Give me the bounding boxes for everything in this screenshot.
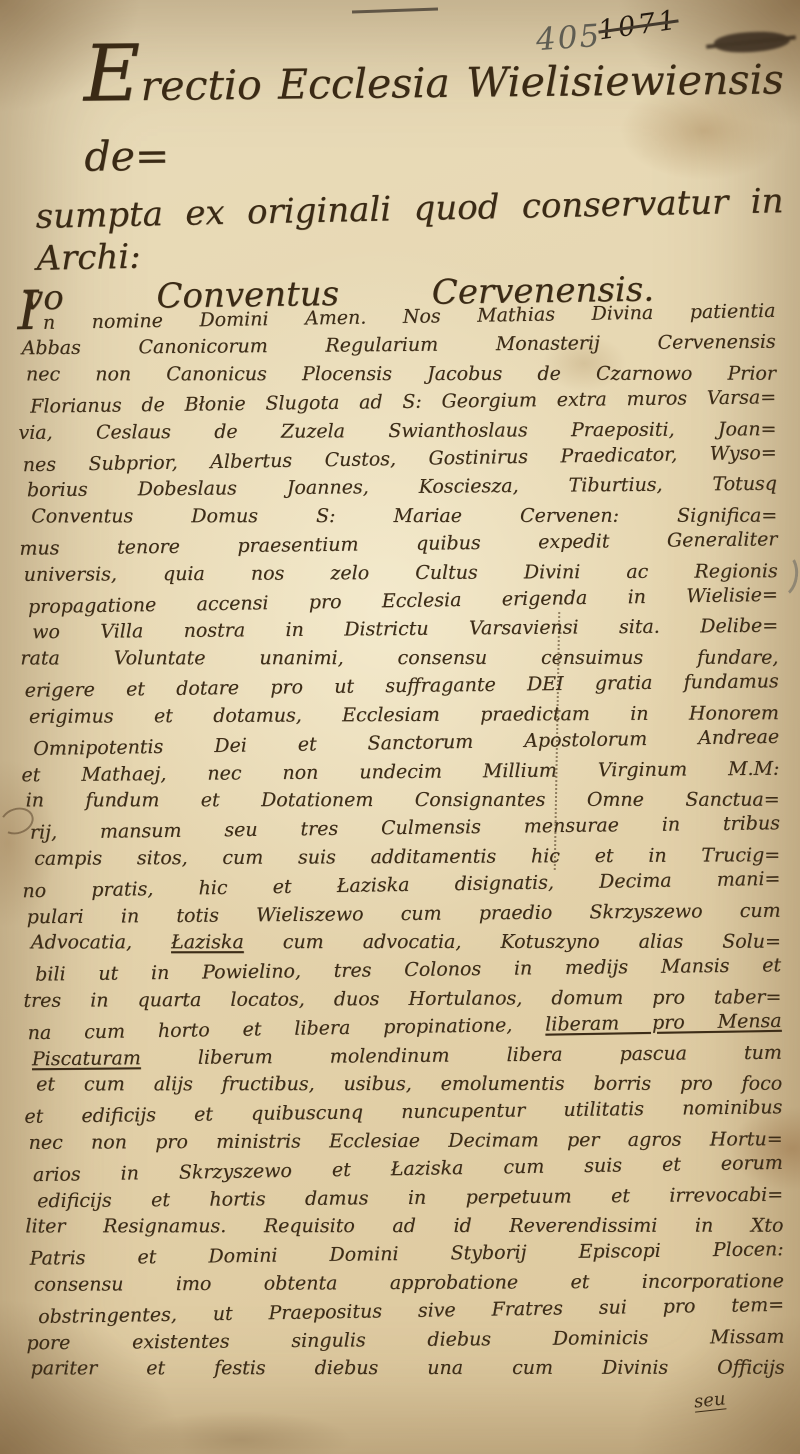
manuscript-line: wo Villa nostra in Districtu Varsaviensi… (20, 612, 778, 647)
manuscript-line: et Mathaej, nec non undecim Millium Virg… (21, 754, 779, 789)
title-line: Erectio Ecclesia Wielisiewiensis de= (83, 44, 784, 191)
manuscript-page: 405 1071 Erectio Ecclesia Wielisiewiensi… (0, 0, 800, 1454)
manuscript-line: pulari in totis Wieliszewo cum praedio S… (23, 896, 781, 931)
manuscript-line: Piscaturam liberum molendinum libera pas… (24, 1038, 782, 1073)
title-line: sumpta ex originali quod conservatur in … (35, 180, 785, 280)
manuscript-line: edificijs et hortis damus in perpetuum e… (25, 1180, 783, 1215)
manuscript-line: borius Dobeslaus Joannes, Kosciesza, Tib… (19, 470, 777, 505)
folio-number-ink-struck: 1071 (596, 5, 680, 47)
manuscript-line: pore existentes singulis diebus Dominici… (26, 1322, 784, 1357)
manuscript-body: In nomine Domini Amen. Nos Mathias Divin… (17, 291, 784, 1386)
manuscript-line: Abbas Canonicorum Regularium Monasterij … (18, 328, 776, 363)
document-title: Erectio Ecclesia Wielisiewiensis de= sum… (84, 48, 784, 316)
catchword: seu (693, 1388, 727, 1412)
manuscript-line: pariter et festis diebus una cum Divinis… (27, 1354, 785, 1383)
top-edge-mark (352, 8, 438, 14)
